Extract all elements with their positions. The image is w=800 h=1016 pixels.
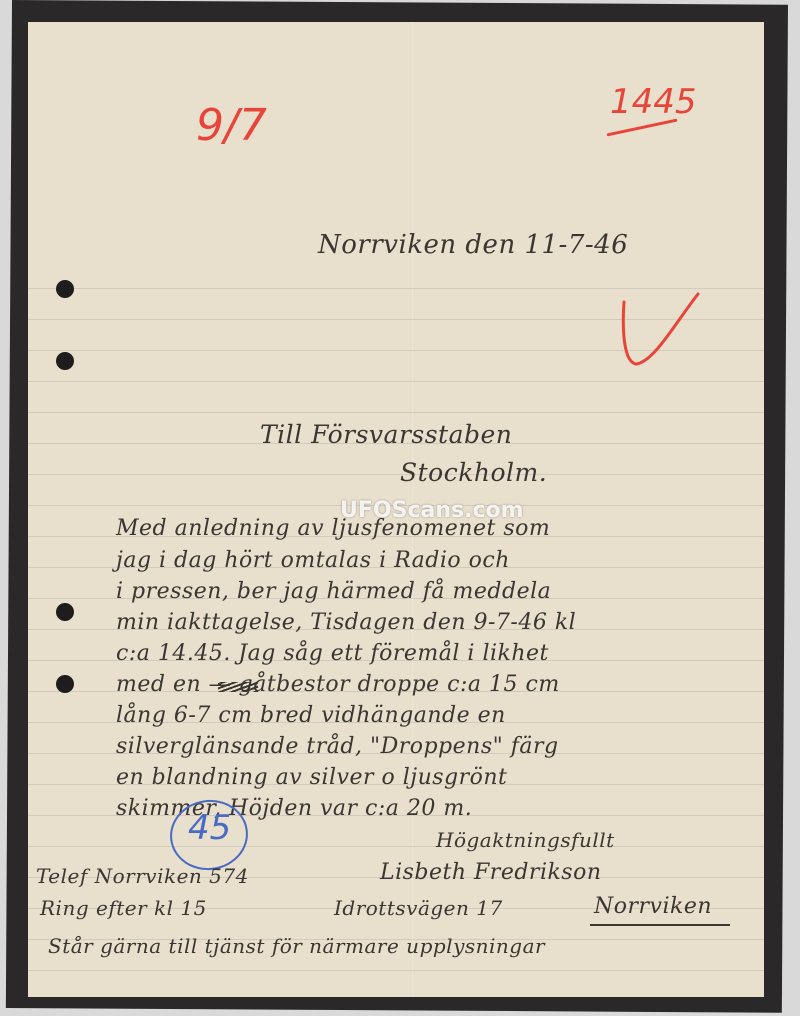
town-underline — [590, 924, 730, 926]
crossed-out-word — [218, 682, 258, 692]
signature: Lisbeth Fredrikson — [380, 860, 602, 885]
phone-number: Telef Norrviken 574 — [36, 864, 249, 888]
closing: Högaktningsfullt — [436, 828, 615, 852]
body-line: min iakttagelse, Tisdagen den 9-7-46 kl — [116, 610, 576, 635]
punch-hole — [56, 603, 74, 621]
red-checkmark-icon — [614, 292, 704, 382]
body-line: silverglänsande tråd, "Droppens" färg — [116, 734, 559, 759]
body-line: Med anledning av ljusfenomenet som — [116, 516, 550, 541]
blue-number-annotation: 45 — [188, 808, 231, 848]
letter-page: 9/7 1445 Norrviken den 11-7-46 Till Förs… — [28, 22, 764, 997]
place-date-line: Norrviken den 11-7-46 — [318, 230, 628, 260]
punch-hole — [56, 352, 74, 370]
punch-hole — [56, 280, 74, 298]
body-line: i pressen, ber jag härmed få meddela — [116, 579, 551, 604]
body-line: c:a 14.45. Jag såg ett föremål i likhet — [116, 641, 549, 666]
punch-hole — [56, 675, 74, 693]
red-number-annotation: 1445 — [610, 82, 697, 122]
address-town: Norrviken — [594, 894, 712, 919]
postscript: Står gärna till tjänst för närmare upply… — [48, 934, 545, 958]
body-line: jag i dag hört omtalas i Radio och — [116, 548, 510, 573]
red-date-annotation: 9/7 — [196, 100, 267, 151]
body-line: lång 6-7 cm bred vidhängande en — [116, 703, 506, 728]
body-line: skimmer, Höjden var c:a 20 m. — [116, 796, 472, 821]
address-street: Idrottsvägen 17 — [334, 896, 503, 920]
addressee-line-1: Till Försvarsstaben — [260, 420, 512, 449]
body-line: med en — gåtbestor droppe c:a 15 cm — [116, 672, 560, 697]
call-note: Ring efter kl 15 — [40, 896, 207, 920]
addressee-line-2: Stockholm. — [400, 458, 547, 487]
body-line: en blandning av silver o ljusgrönt — [116, 765, 507, 790]
